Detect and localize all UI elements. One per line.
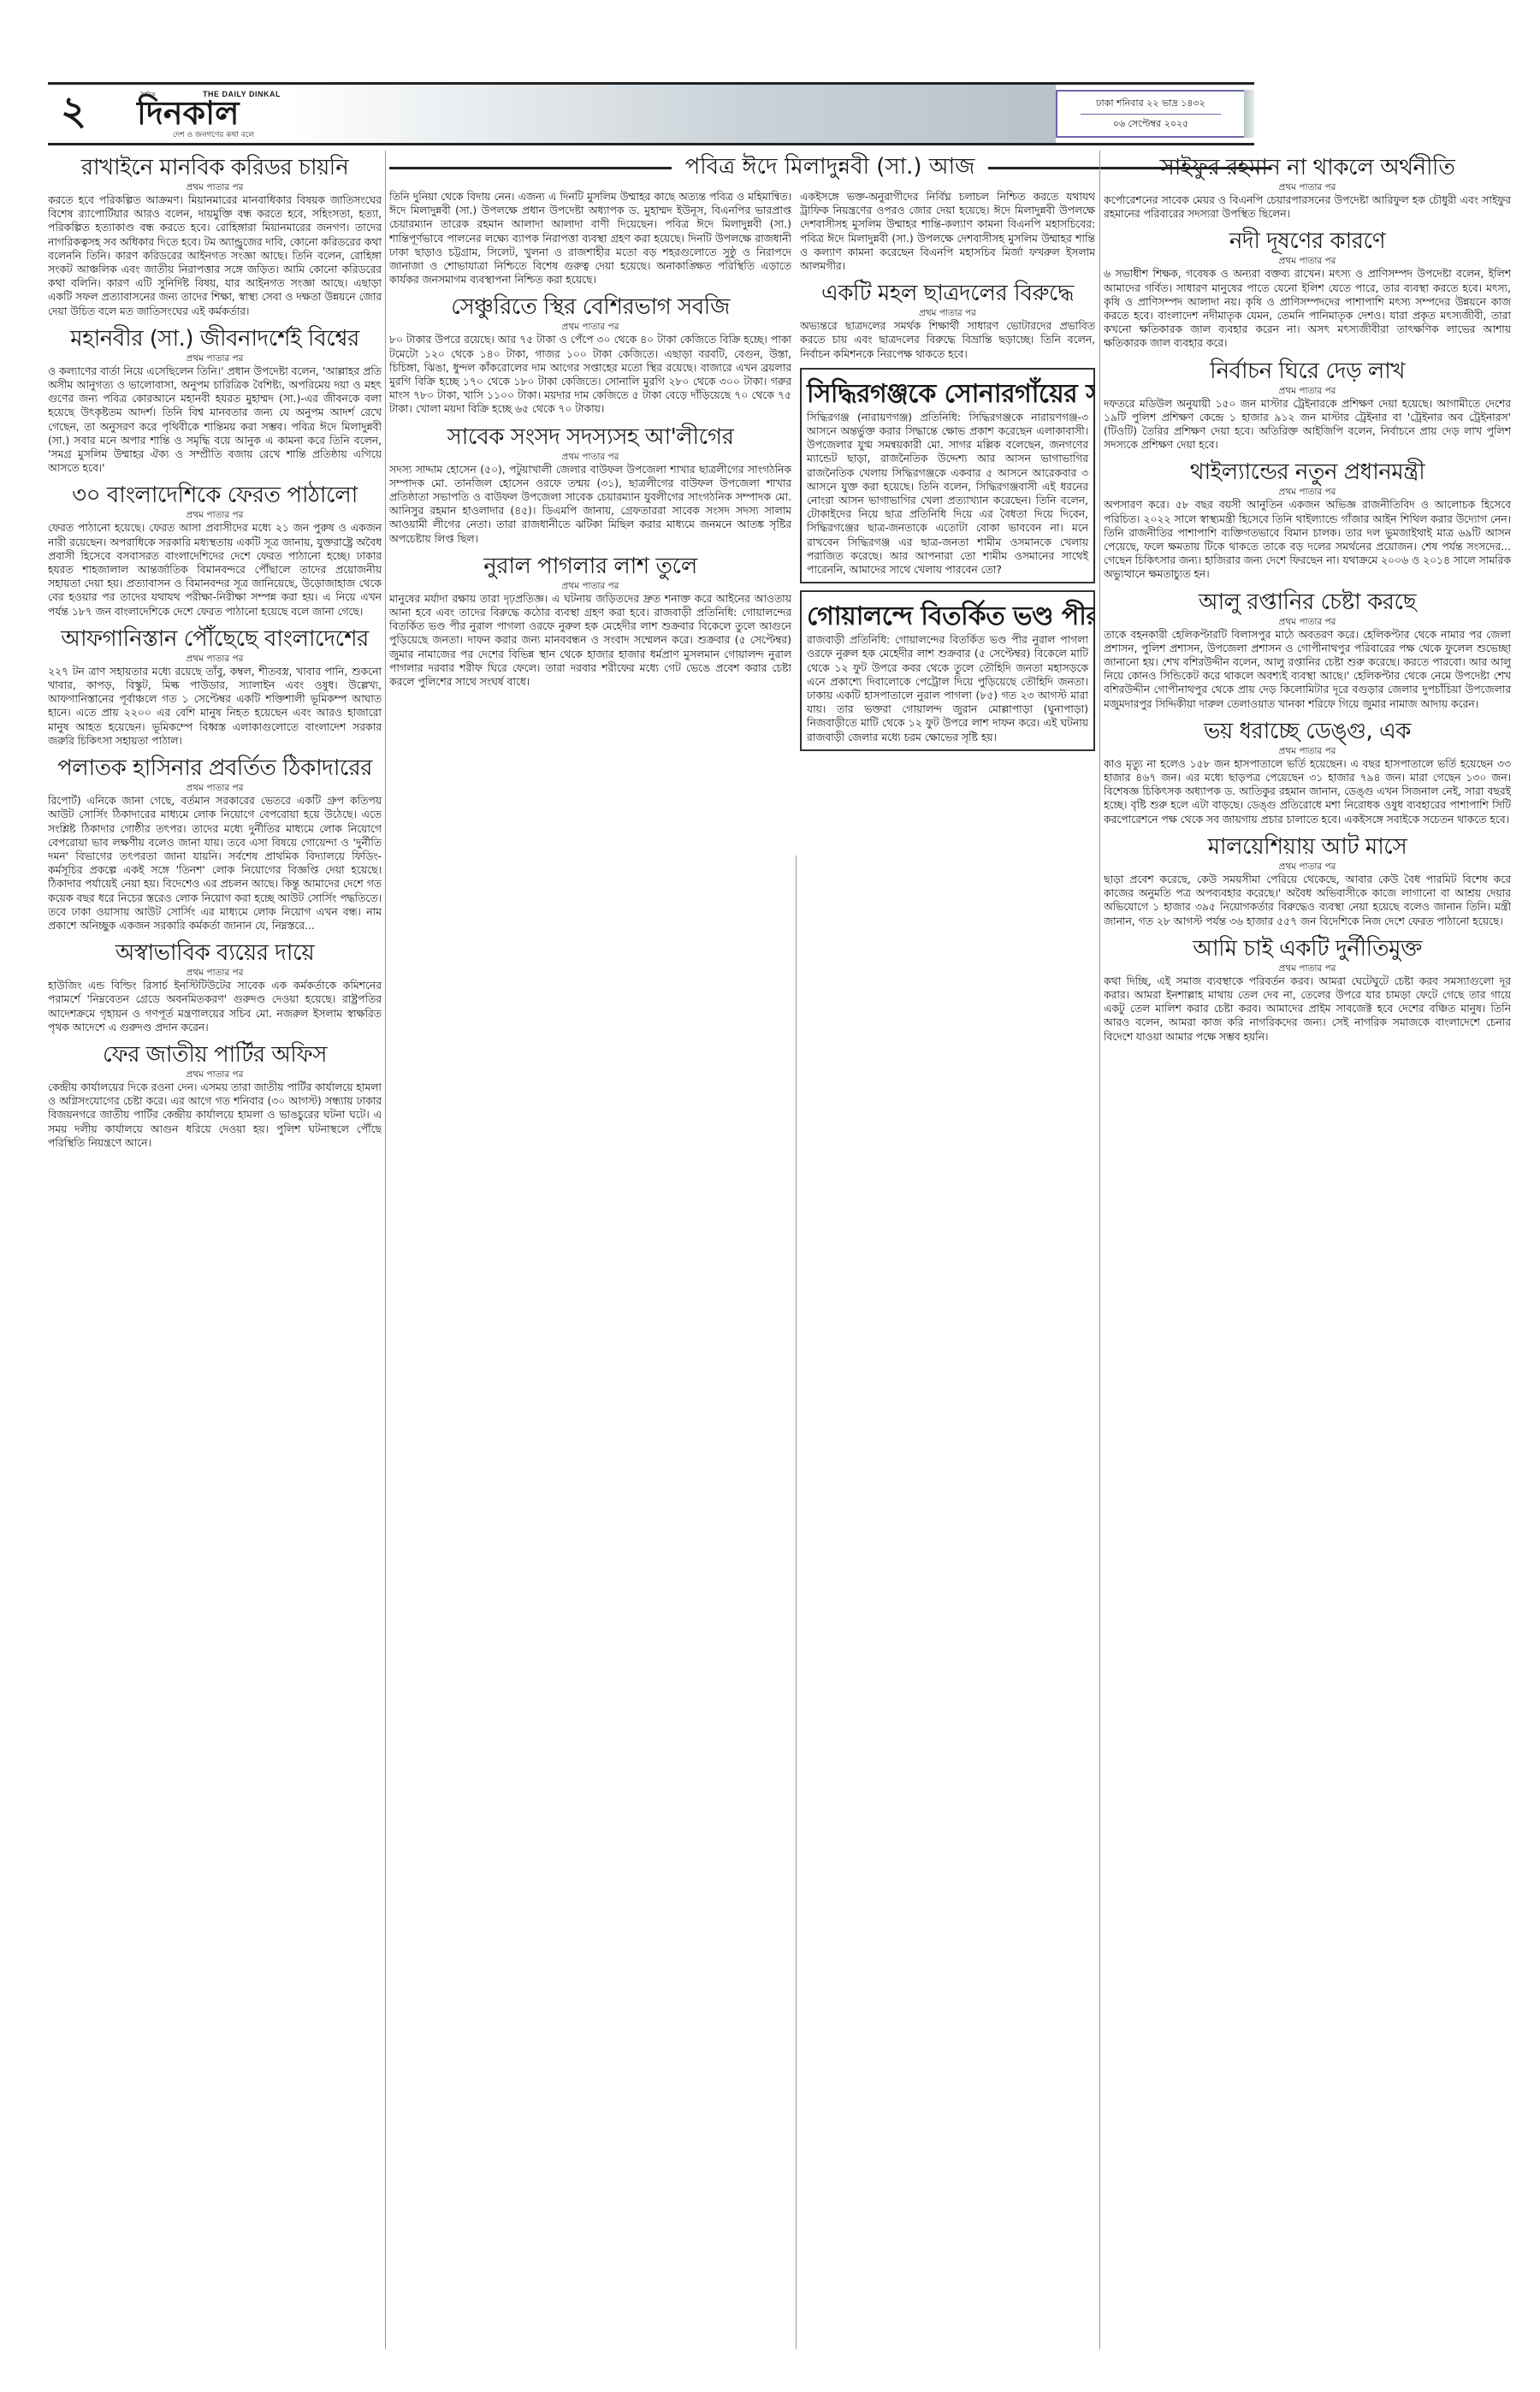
article-body: দফতরে মডিউল অনুযায়ী ১৫০ জন মাস্টার ট্রে… — [1104, 397, 1511, 453]
article[interactable]: ৩০ বাংলাদেশিকে ফেরত পাঠালোপ্রথম পাতার পর… — [48, 482, 382, 618]
article[interactable]: তিনি দুনিয়া থেকে বিদায় নেন। এজন্য এ দি… — [389, 190, 791, 287]
continued-label: প্রথম পাতার পর — [48, 782, 382, 794]
article[interactable]: পলাতক হাসিনার প্রবর্তিত ঠিকাদারেরপ্রথম প… — [48, 755, 382, 933]
article[interactable]: নুরাল পাগলার লাশ তুলেপ্রথম পাতার পরমানুষ… — [389, 553, 791, 689]
continued-label: প্রথম পাতার পর — [389, 580, 791, 592]
article[interactable]: অস্বাভাবিক ব্যয়ের দায়েপ্রথম পাতার পরহা… — [48, 939, 382, 1034]
page-number: ২ — [48, 81, 99, 146]
article[interactable]: সিদ্ধিরগঞ্জকে সোনারগাঁয়ের সাথে অন্তর্ভু… — [800, 368, 1095, 583]
article-body: ৮০ টাকার উপরে রয়েছে। আর ৭৫ টাকা ও পেঁপে… — [389, 333, 791, 416]
article-body: তিনি দুনিয়া থেকে বিদায় নেন। এজন্য এ দি… — [389, 190, 791, 287]
article-headline[interactable]: আলু রপ্তানির চেষ্টা করছে — [1104, 589, 1511, 616]
article-body: অভ্যন্তরে ছাত্রদলের সমর্থক শিক্ষার্থী সা… — [800, 319, 1095, 361]
article-headline[interactable]: ফের জাতীয় পার্টির অফিস — [48, 1041, 382, 1069]
newspaper-logo[interactable]: দৈনিক THE DAILY DINKAL দিনকাল দেশ ও জনগণ… — [99, 86, 287, 141]
article[interactable]: গোয়ালন্দে বিতর্কিত ভণ্ড পীর নুরাল পাগলা… — [800, 590, 1095, 751]
continued-label: প্রথম পাতার পর — [1104, 962, 1511, 974]
continued-label: প্রথম পাতার পর — [48, 653, 382, 665]
masthead: ২ দৈনিক THE DAILY DINKAL দিনকাল দেশ ও জন… — [48, 82, 1254, 145]
continued-label: প্রথম পাতার পর — [1104, 616, 1511, 628]
article[interactable]: আলু রপ্তানির চেষ্টা করছেপ্রথম পাতার পরতা… — [1104, 589, 1511, 711]
article[interactable]: নির্বাচন ঘিরে দেড় লাখপ্রথম পাতার পরদফতর… — [1104, 358, 1511, 453]
article-body: সিদ্ধিরগঞ্জ (নারায়ণগঞ্জ) প্রতিনিধি: সিদ… — [807, 411, 1088, 577]
continued-label: প্রথম পাতার পর — [48, 967, 382, 979]
article-body: ছাড়া প্রবেশ করেছে, কেউ সময়সীমা পেরিয়ে… — [1104, 873, 1511, 928]
article[interactable]: একইসঙ্গে ভক্ত-অনুরাগীদের নির্বিঘ্ন চলাচল… — [800, 190, 1095, 273]
article-headline[interactable]: সিদ্ধিরগঞ্জকে সোনারগাঁয়ের সাথে অন্তর্ভু… — [807, 378, 1088, 411]
article-headline[interactable]: আমি চাই একটি দুর্নীতিমুক্ত — [1104, 935, 1511, 962]
column-4: সাইফুর রহমান না থাকলে অর্থনীতিপ্রথম পাতা… — [1104, 151, 1511, 2349]
column-1: রাখাইনে মানবিক করিডর চায়নিপ্রথম পাতার প… — [48, 151, 382, 2349]
masthead-band — [287, 85, 1056, 143]
continued-label: প্রথম পাতার পর — [800, 307, 1095, 319]
banner-rule-left — [389, 167, 672, 169]
continued-label: প্রথম পাতার পর — [1104, 861, 1511, 873]
article-headline[interactable]: একটি মহল ছাত্রদলের বিরুদ্ধে — [800, 280, 1095, 307]
article-headline[interactable]: ভয় ধরাচ্ছে ডেঙ্গু, এক — [1104, 718, 1511, 745]
article-headline[interactable]: নদী দূষণের কারণে — [1104, 228, 1511, 255]
article-headline[interactable]: থাইল্যান্ডের নতুন প্রধানমন্ত্রী — [1104, 459, 1511, 486]
article-body: রাজবাড়ী প্রতিনিধি: গোয়ালন্দের বিতর্কিত… — [807, 633, 1088, 744]
article-headline[interactable]: নুরাল পাগলার লাশ তুলে — [389, 553, 791, 580]
article[interactable]: ফের জাতীয় পার্টির অফিসপ্রথম পাতার পরকেন… — [48, 1041, 382, 1150]
continued-label: প্রথম পাতার পর — [48, 352, 382, 364]
article-headline[interactable]: অস্বাভাবিক ব্যয়ের দায়ে — [48, 939, 382, 967]
continued-label: প্রথম পাতার পর — [389, 321, 791, 333]
column-2: তিনি দুনিয়া থেকে বিদায় নেন। এজন্য এ দি… — [389, 190, 791, 2349]
article-headline[interactable]: সেঞ্চুরিতে স্থির বেশিরভাগ সবজি — [389, 293, 791, 321]
article-body: হাউজিং এন্ড বিল্ডিং রিসার্চ ইনস্টিটিউটের… — [48, 979, 382, 1034]
continued-label: প্রথম পাতার পর — [1104, 385, 1511, 397]
article-headline[interactable]: আফগানিস্তান পৌঁছেছে বাংলাদেশের — [48, 625, 382, 653]
column-divider — [1099, 151, 1100, 2349]
continued-label: প্রথম পাতার পর — [48, 181, 382, 193]
article[interactable]: রাখাইনে মানবিক করিডর চায়নিপ্রথম পাতার প… — [48, 154, 382, 318]
article[interactable]: মালয়েশিয়ায় আট মাসেপ্রথম পাতার পরছাড়া… — [1104, 833, 1511, 928]
article-body: তাকে বহনকারী হেলিকপ্টারটি বিলাসপুর মাঠে … — [1104, 628, 1511, 711]
banner-title: পবিত্র ঈদে মিলাদুন্নবী (সা.) আজ — [672, 149, 989, 187]
continued-label: প্রথম পাতার পর — [1104, 181, 1511, 193]
article-body: কাও মৃত্যু না হলেও ১৫৮ জন হাসপাতালে ভর্ত… — [1104, 757, 1511, 826]
article-body: মানুষের মর্যাদা রক্ষায় তারা দৃঢ়প্রতিজ্… — [389, 592, 791, 689]
article[interactable]: আমি চাই একটি দুর্নীতিমুক্তপ্রথম পাতার পর… — [1104, 935, 1511, 1044]
date-gregorian: ০৬ সেপ্টেম্বর ২০২৫ — [1113, 115, 1189, 134]
article-headline[interactable]: পলাতক হাসিনার প্রবর্তিত ঠিকাদারের — [48, 755, 382, 782]
article[interactable]: মহানবীর (সা.) জীবনাদর্শেই বিশ্বেরপ্রথম প… — [48, 325, 382, 476]
article-headline[interactable]: ৩০ বাংলাদেশিকে ফেরত পাঠালো — [48, 482, 382, 509]
tagline: দেশ ও জনগণের কথা বলে — [173, 128, 254, 141]
article-headline[interactable]: মহানবীর (সা.) জীবনাদর্শেই বিশ্বের — [48, 325, 382, 352]
article-body: কথা দিচ্ছি, এই সমাজ ব্যবস্থাকে পরিবর্তন … — [1104, 974, 1511, 1044]
continued-label: প্রথম পাতার পর — [1104, 745, 1511, 757]
article[interactable]: ভয় ধরাচ্ছে ডেঙ্গু, একপ্রথম পাতার পরকাও … — [1104, 718, 1511, 826]
article-body: সদস্য সাদ্দাম হোসেন (৫০), পটুয়াখালী জেল… — [389, 463, 791, 546]
column-divider — [796, 856, 797, 2349]
article-body: ৬ সভাধীশ শিক্ষক, গবেষক ও অন্যরা বক্তব্য … — [1104, 267, 1511, 350]
article-headline[interactable]: সাইফুর রহমান না থাকলে অর্থনীতি — [1104, 154, 1511, 181]
continued-label: প্রথম পাতার পর — [48, 509, 382, 521]
article-body: ও কল্যাণের বার্তা নিয়ে এসেছিলেন তিনি।' … — [48, 364, 382, 476]
article-body: কেন্দ্রীয় কার্যালয়ের দিকে রওনা দেন। এস… — [48, 1081, 382, 1150]
article-body: কর্পোরেশনের সাবেক মেয়র ও বিএনপি চেয়ারপ… — [1104, 193, 1511, 221]
date-box: ঢাকা শনিবার ২২ ভাদ্র ১৪৩২ ০৬ সেপ্টেম্বর … — [1056, 90, 1244, 138]
article[interactable]: আফগানিস্তান পৌঁছেছে বাংলাদেশেরপ্রথম পাতা… — [48, 625, 382, 748]
article-headline[interactable]: গোয়ালন্দে বিতর্কিত ভণ্ড পীর নুরাল পাগলা… — [807, 601, 1088, 633]
continued-label: প্রথম পাতার পর — [1104, 255, 1511, 267]
column-3: একইসঙ্গে ভক্ত-অনুরাগীদের নির্বিঘ্ন চলাচল… — [800, 190, 1095, 2349]
article-body: রিপোর্ট) এনিকে জানা গেছে, বর্তমান সরকারে… — [48, 794, 382, 933]
article[interactable]: সাবেক সংসদ সদস্যসহ আ'লীগেরপ্রথম পাতার পর… — [389, 423, 791, 546]
logo-name: দিনকাল — [137, 97, 239, 129]
article-body: একইসঙ্গে ভক্ত-অনুরাগীদের নির্বিঘ্ন চলাচল… — [800, 190, 1095, 273]
article[interactable]: সাইফুর রহমান না থাকলে অর্থনীতিপ্রথম পাতা… — [1104, 154, 1511, 221]
continued-label: প্রথম পাতার পর — [48, 1069, 382, 1081]
article-headline[interactable]: মালয়েশিয়ায় আট মাসে — [1104, 833, 1511, 861]
article-headline[interactable]: নির্বাচন ঘিরে দেড় লাখ — [1104, 358, 1511, 385]
article-body: অপসারণ করে। ৫৮ বছর বয়সী আনুতিন একজন অভি… — [1104, 498, 1511, 581]
article[interactable]: সেঞ্চুরিতে স্থির বেশিরভাগ সবজিপ্রথম পাতা… — [389, 293, 791, 416]
article-headline[interactable]: রাখাইনে মানবিক করিডর চায়নি — [48, 154, 382, 181]
date-bengali: ঢাকা শনিবার ২২ ভাদ্র ১৪৩২ — [1081, 94, 1220, 115]
article-body: ফেরত পাঠানো হয়েছে। ফেরত আসা প্রবাসীদের … — [48, 521, 382, 618]
article-body: ২২৭ টন ত্রাণ সহায়তার মধ্যে রয়েছে তাঁবু… — [48, 665, 382, 748]
article[interactable]: নদী দূষণের কারণেপ্রথম পাতার পর৬ সভাধীশ শ… — [1104, 228, 1511, 350]
article-body: করতে হবে পরিকল্পিত আক্রমণ। মিয়ানমারের ম… — [48, 193, 382, 318]
article[interactable]: থাইল্যান্ডের নতুন প্রধানমন্ত্রীপ্রথম পাত… — [1104, 459, 1511, 581]
continued-label: প্রথম পাতার পর — [1104, 486, 1511, 498]
masthead-endcap — [1244, 90, 1254, 138]
continued-label: প্রথম পাতার পর — [389, 451, 791, 463]
column-divider — [385, 151, 386, 2349]
article[interactable]: একটি মহল ছাত্রদলের বিরুদ্ধেপ্রথম পাতার প… — [800, 280, 1095, 361]
article-headline[interactable]: সাবেক সংসদ সদস্যসহ আ'লীগের — [389, 423, 791, 451]
